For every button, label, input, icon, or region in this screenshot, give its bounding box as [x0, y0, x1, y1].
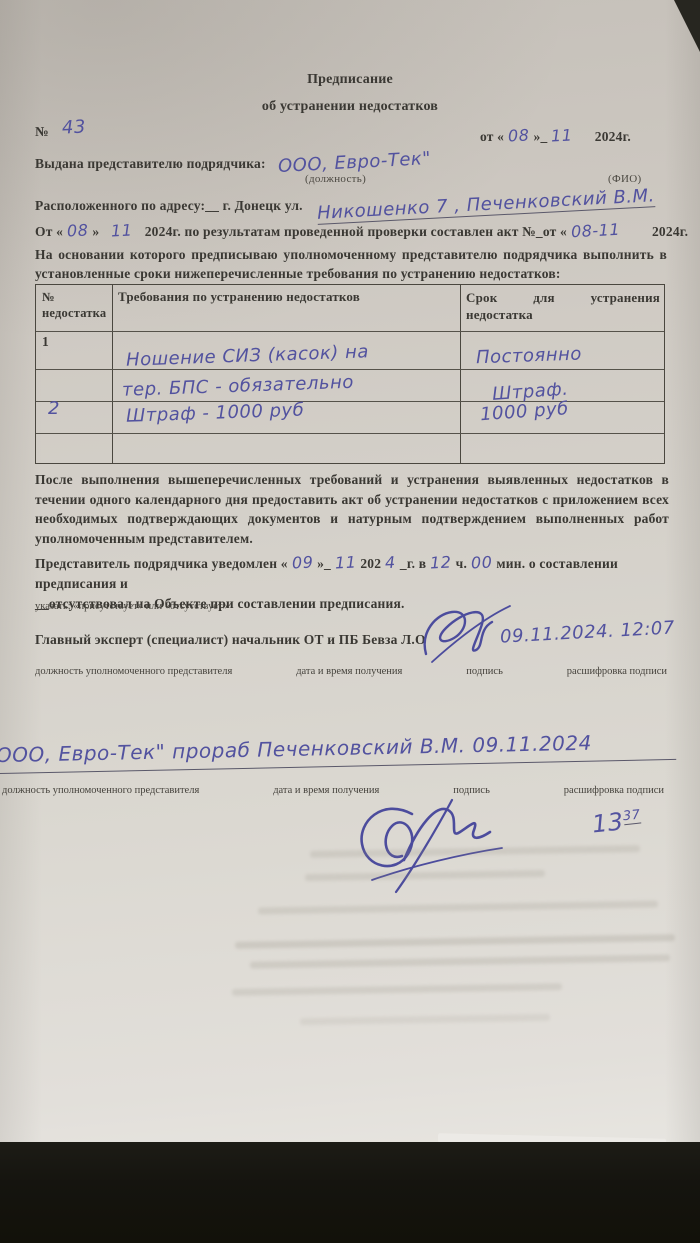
act-month-handwritten: 11: [111, 220, 133, 240]
address-value-handwritten: Никошенко 7 , Печенковский В.М.: [316, 185, 655, 225]
caption-datetime: дата и время получения: [296, 666, 402, 677]
row1-requirement-handwritten: Ношение СИЗ (касок) на: [120, 337, 461, 372]
notified-p2: »_: [317, 556, 331, 571]
issue-date-line: от « 08 »_ 11 2024г.: [480, 126, 631, 146]
caption-datetime-2: дата и время получения: [273, 785, 379, 796]
bleed-through-line: [300, 1014, 550, 1025]
contractor-signature: [352, 796, 532, 896]
contractor-line-handwritten: ООО, Евро-Тек" прораб Печенковский В.М. …: [0, 729, 676, 774]
expert-line: Главный эксперт (специалист) начальник О…: [35, 632, 426, 648]
presence-note: указать: «присутствует» или «отсутствует…: [35, 601, 228, 612]
issued-line: Выдана представителю подрядчика: ООО, Ев…: [35, 152, 431, 173]
notified-minute-handwritten: 00: [471, 552, 493, 573]
date-prefix: от «: [480, 129, 504, 144]
table-row-line: [36, 331, 664, 332]
act-year: 2024г.: [652, 224, 688, 239]
row1-num: 1: [36, 333, 112, 351]
desk-corner-top-right: [674, 0, 700, 52]
row3-num-handwritten: 2: [42, 397, 112, 420]
table-header-term: Срок для устранения недостатка: [460, 285, 666, 331]
notified-month-handwritten: 11: [334, 552, 356, 573]
time-minutes: 37: [622, 807, 641, 825]
desk-surface: [0, 1142, 700, 1243]
caption-fio: (ФИО): [608, 173, 641, 185]
document-subtitle: об устранении недостатков: [0, 99, 700, 115]
caption-signature-2: подпись: [453, 785, 490, 796]
bleed-through-line: [232, 983, 562, 996]
table-header-num: № недостатка: [36, 285, 112, 331]
signature-captions-row-2: должность уполномоченного представителя …: [2, 785, 664, 796]
notified-p1: Представитель подрядчика уведомлен «: [35, 556, 288, 571]
act-line: От « 08 » 11 2024г. по результатам прове…: [35, 221, 688, 241]
table-header-requirement: Требования по устранению недостатков: [112, 285, 460, 331]
caption-signature: подпись: [466, 666, 503, 677]
signature-captions-row: должность уполномоченного представителя …: [35, 666, 667, 677]
time-note-handwritten: 1337: [591, 806, 643, 839]
act-p3: 2024г. по результатам проведенной провер…: [145, 224, 567, 239]
after-table-paragraph: После выполнения вышеперечисленных требо…: [35, 470, 669, 548]
issued-label: Выдана представителю подрядчика:: [35, 156, 266, 171]
notified-hour-handwritten: 12: [430, 552, 452, 573]
date-month-handwritten: 11: [551, 125, 573, 145]
caption-role: должность уполномоченного представителя: [35, 666, 232, 677]
document-title: Предписание: [0, 72, 700, 88]
caption-role-2: должность уполномоченного представителя: [2, 785, 199, 796]
bleed-through-line: [235, 934, 675, 949]
basis-paragraph: На основании которого предписываю уполно…: [35, 245, 667, 283]
notified-p5: ч.: [456, 556, 467, 571]
act-date-handwritten: 08-11: [571, 220, 621, 242]
date-day-handwritten: 08: [508, 125, 530, 145]
notified-p3: 202: [360, 556, 381, 571]
bleed-through-line: [250, 954, 670, 968]
document-photo: { "paper": { "title": "Предписание", "su…: [0, 0, 700, 1243]
table-row-line: [36, 433, 664, 434]
address-label: Расположенного по адресу:__ г. Донецк ул…: [35, 198, 303, 213]
caption-name-2: расшифровка подписи: [564, 785, 664, 796]
paper-sheet: Предписание об устранении недостатков № …: [0, 0, 700, 1142]
number-value-handwritten: 43: [61, 116, 86, 138]
act-p2: »: [92, 224, 99, 239]
defects-table: № недостатка Требования по устранению не…: [35, 284, 665, 464]
act-p1: От «: [35, 224, 63, 239]
number-label: №: [35, 124, 49, 140]
row1-term-handwritten: Постоянно: [470, 340, 667, 370]
act-day-handwritten: 08: [67, 220, 89, 240]
notified-year-digit-handwritten: 4: [385, 553, 397, 574]
notified-p4: _г. в: [400, 556, 426, 571]
time-hour: 13: [591, 807, 625, 838]
date-year: 2024г.: [595, 129, 631, 144]
caption-name: расшифровка подписи: [567, 666, 667, 677]
notified-day-handwritten: 09: [291, 552, 313, 573]
address-line: Расположенного по адресу:__ г. Донецк ул…: [35, 194, 655, 216]
bleed-through-line: [258, 901, 658, 915]
caption-position: (должность): [305, 173, 366, 185]
date-sep: »_: [534, 129, 548, 144]
